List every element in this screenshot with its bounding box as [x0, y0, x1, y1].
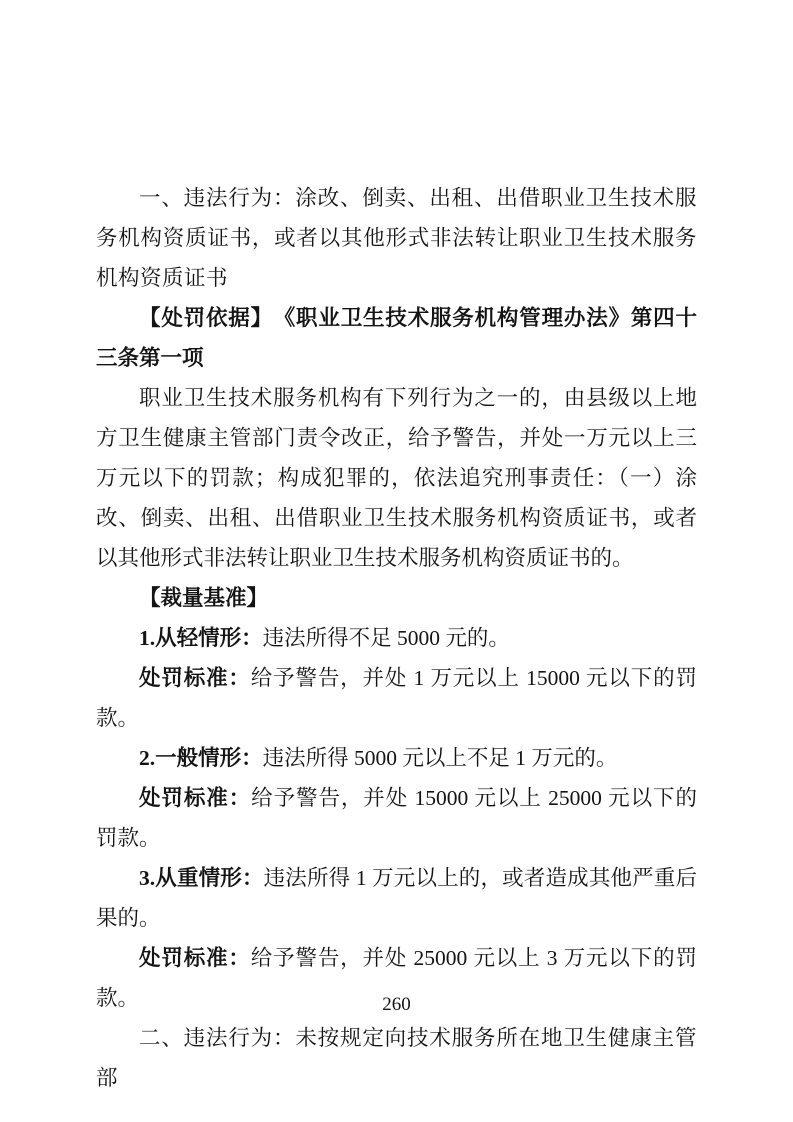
item-text: 违法所得不足 5000 元的。: [263, 626, 510, 650]
item-lenient-penalty-standard: 处罚标准：给予警告，并处 1 万元以上 15000 元以下的罚款。: [96, 658, 697, 738]
page-number: 260: [0, 994, 793, 1016]
paragraph-law-text: 职业卫生技术服务机构有下列行为之一的，由县级以上地方卫生健康主管部门责令改正，给…: [96, 378, 697, 578]
item-general-circumstance: 2.一般情形：违法所得 5000 元以上不足 1 万元的。: [96, 738, 697, 778]
paragraph-violation-1: 一、违法行为：涂改、倒卖、出租、出借职业卫生技术服务机构资质证书，或者以其他形式…: [96, 178, 697, 298]
item-lenient-circumstance: 1.从轻情形：违法所得不足 5000 元的。: [96, 618, 697, 658]
paragraph-penalty-basis: 【处罚依据】 《职业卫生技术服务机构管理办法》第四十三条第一项: [96, 298, 697, 378]
item-label: 2.一般情形：: [139, 746, 263, 770]
item-label: 处罚标准：: [139, 946, 251, 970]
item-label: 处罚标准：: [139, 786, 251, 810]
heading-discretion-benchmark: 【裁量基准】: [96, 578, 697, 618]
document-content: 一、违法行为：涂改、倒卖、出租、出借职业卫生技术服务机构资质证书，或者以其他形式…: [96, 178, 697, 1098]
item-general-penalty-standard: 处罚标准：给予警告，并处 15000 元以上 25000 元以下的罚款。: [96, 778, 697, 858]
document-page: 一、违法行为：涂改、倒卖、出租、出借职业卫生技术服务机构资质证书，或者以其他形式…: [0, 0, 793, 1122]
item-label: 处罚标准：: [139, 666, 251, 690]
item-severe-circumstance: 3.从重情形：违法所得 1 万元以上的，或者造成其他严重后果的。: [96, 858, 697, 938]
paragraph-violation-2: 二、违法行为：未按规定向技术服务所在地卫生健康主管部: [96, 1018, 697, 1098]
item-label: 1.从轻情形：: [139, 626, 263, 650]
item-text: 违法所得 5000 元以上不足 1 万元的。: [263, 746, 618, 770]
item-label: 3.从重情形：: [139, 866, 264, 890]
